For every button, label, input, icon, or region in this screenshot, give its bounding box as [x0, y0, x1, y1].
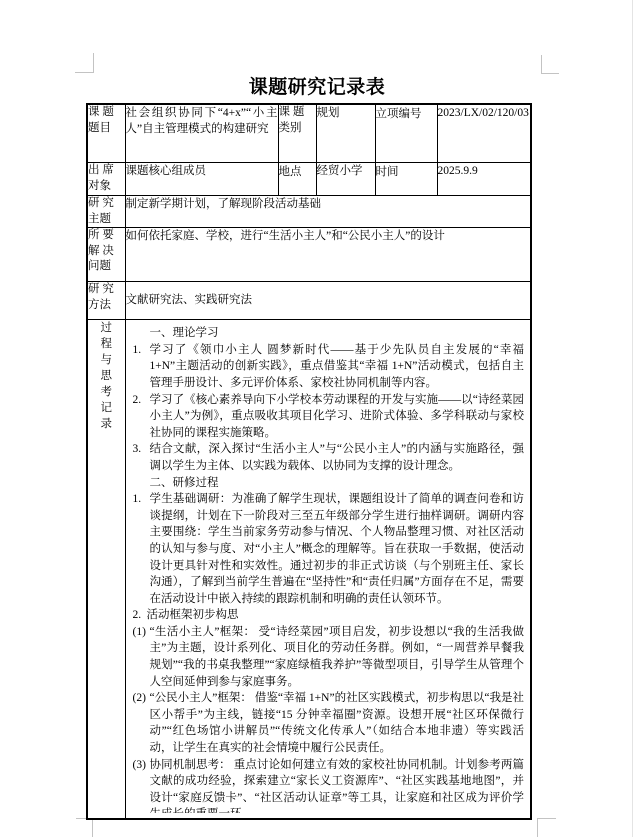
- attendees-label-cell: 出 席 对象: [87, 163, 125, 196]
- process-label-char: 过: [88, 320, 125, 336]
- table-row: 出 席 对象 课题核心组成员 地点 经贸小学 时间 2025.9.9: [87, 163, 531, 196]
- process-label-cell: 过 程 与 思 考 记 录: [87, 320, 125, 820]
- problem-label-line: 所 要: [88, 228, 125, 244]
- research-theme-label-line: 研 究: [88, 196, 125, 212]
- attendees-label-line: 出 席: [88, 163, 125, 179]
- research-theme-value: 制定新学期计划，了解现阶段活动基础: [125, 196, 531, 228]
- margin-mark-bottom-left: [76, 818, 93, 837]
- process-item-text: 协同机制思考： 重点讨论如何建立有效的家校社协同机制。计划参考两篇文献的成功经验…: [150, 759, 525, 814]
- process-item-marker: 2.: [133, 607, 142, 624]
- page-title: 课题研究记录表: [0, 72, 634, 99]
- margin-mark-top-left: [75, 53, 94, 73]
- process-label-char: 记: [88, 400, 125, 416]
- method-label-line: 研 究: [88, 282, 125, 298]
- process-section-heading: 一、理论学习: [133, 325, 525, 342]
- process-item-marker: 3.: [133, 441, 142, 458]
- process-item-text: 学习了《核心素养导向下小学校本劳动课程的开发与实施——以“诗经菜园小主人”为例》…: [150, 394, 525, 439]
- process-item-marker: (3): [133, 757, 146, 774]
- problem-label-line: 解 决: [88, 244, 125, 260]
- method-value: 文献研究法、实践研究法: [125, 282, 531, 320]
- process-content: 一、理论学习 1. 学习了《领巾小主人 圆梦新时代——基于少先队员自主发展的“幸…: [126, 320, 531, 813]
- process-item-marker: (2): [133, 690, 146, 707]
- process-item: (3) 协同机制思考： 重点讨论如何建立有效的家校社协同机制。计划参考两篇文献的…: [133, 757, 525, 814]
- process-item: 3. 结合文献，深入探讨“生活小主人”与“公民小主人”的内涵与实施路径，强调以学…: [133, 441, 525, 474]
- project-number-value: 2023/LX/02/120/03: [437, 104, 531, 163]
- process-item-text: 学生基础调研：为准确了解学生现状，课题组设计了简单的调查问卷和访谈提纲，计划在下…: [150, 493, 525, 605]
- table-row: 过 程 与 思 考 记 录 一、理论学习 1.: [87, 320, 531, 820]
- topic-category-label-cell: 课 题 类别: [278, 104, 316, 163]
- time-label: 时间: [375, 163, 437, 196]
- table-row: 所 要 解 决 问题 如何依托家庭、学校，进行“生活小主人”和“公民小主人”的设…: [87, 228, 531, 282]
- process-item-marker: 1.: [133, 491, 142, 508]
- process-item-text: 活动框架初步构思: [147, 609, 239, 621]
- process-item: 2. 学习了《核心素养导向下小学校本劳动课程的开发与实施——以“诗经菜园小主人”…: [133, 392, 525, 442]
- process-label-char: 与: [88, 352, 125, 368]
- table-row: 课 题 题目 社会组织协同下“4+x”“小主人”自主管理模式的构建研究 课 题 …: [87, 104, 531, 163]
- attendees-label-line: 对象: [88, 179, 125, 195]
- topic-title-label-line: 课 题: [88, 105, 125, 121]
- process-item-text: 一、理论学习: [150, 327, 219, 339]
- method-label-cell: 研 究 方法: [87, 282, 125, 320]
- problem-label-line: 问题: [88, 259, 125, 275]
- process-item-marker: 1.: [133, 342, 142, 359]
- process-item: 2. 活动框架初步构思: [133, 607, 525, 624]
- table-row: 研 究 方法 文献研究法、实践研究法: [87, 282, 531, 320]
- process-item-marker: (1): [133, 624, 146, 641]
- document-page: 课题研究记录表 课 题 题目 社会组织协同下“4+x”“小主人”自主管理模式的构…: [0, 0, 634, 837]
- table-row: 研 究 主题 制定新学期计划，了解现阶段活动基础: [87, 196, 531, 228]
- process-label-char: 录: [88, 416, 125, 432]
- process-item-marker: 2.: [133, 392, 142, 409]
- problem-value: 如何依托家庭、学校，进行“生活小主人”和“公民小主人”的设计: [125, 228, 531, 282]
- process-item-text: 结合文献，深入探讨“生活小主人”与“公民小主人”的内涵与实施路径，强调以学生为主…: [150, 443, 525, 472]
- topic-category-label-line: 课 题: [279, 105, 316, 121]
- record-table: 课 题 题目 社会组织协同下“4+x”“小主人”自主管理模式的构建研究 课 题 …: [86, 103, 532, 820]
- research-theme-label-line: 主题: [88, 212, 125, 228]
- margin-mark-bottom-right: [537, 818, 556, 837]
- attendees-value: 课题核心组成员: [125, 163, 278, 196]
- process-item-text: “公民小主人”框架： 借鉴“幸福 1+N”的社区实践模式，初步构思以“我是社区小…: [150, 692, 525, 754]
- page-edge-line: [632, 0, 633, 837]
- process-item-text: “生活小主人”框架： 受“诗经菜园”项目启发，初步设想以“我的生活我做主”为主题…: [150, 626, 525, 688]
- process-content-cell: 一、理论学习 1. 学习了《领巾小主人 圆梦新时代——基于少先队员自主发展的“幸…: [125, 320, 531, 820]
- project-number-label: 立项编号: [375, 104, 437, 163]
- time-value: 2025.9.9: [437, 163, 531, 196]
- topic-category-value: 规划: [316, 104, 375, 163]
- location-value: 经贸小学: [316, 163, 375, 196]
- process-item: 1. 学生基础调研：为准确了解学生现状，课题组设计了简单的调查问卷和访谈提纲，计…: [133, 491, 525, 607]
- process-label-char: 思: [88, 368, 125, 384]
- process-section-heading: 二、研修过程: [133, 475, 525, 492]
- process-item: (2) “公民小主人”框架： 借鉴“幸福 1+N”的社区实践模式，初步构思以“我…: [133, 690, 525, 756]
- method-label-line: 方法: [88, 298, 125, 314]
- location-label: 地点: [278, 163, 316, 196]
- topic-title-label-line: 题目: [88, 121, 125, 137]
- research-theme-label-cell: 研 究 主题: [87, 196, 125, 228]
- process-item-text: 二、研修过程: [150, 477, 219, 489]
- problem-label-cell: 所 要 解 决 问题: [87, 228, 125, 282]
- topic-title-value: 社会组织协同下“4+x”“小主人”自主管理模式的构建研究: [125, 104, 278, 163]
- topic-category-label-line: 类别: [279, 121, 316, 137]
- process-label-char: 程: [88, 336, 125, 352]
- topic-title-label-cell: 课 题 题目: [87, 104, 125, 163]
- process-item: (1) “生活小主人”框架： 受“诗经菜园”项目启发，初步设想以“我的生活我做主…: [133, 624, 525, 690]
- process-item: 1. 学习了《领巾小主人 圆梦新时代——基于少先队员自主发展的“幸福 1+N”主…: [133, 342, 525, 392]
- process-label-char: 考: [88, 384, 125, 400]
- process-item-text: 学习了《领巾小主人 圆梦新时代——基于少先队员自主发展的“幸福 1+N”主题活动…: [150, 344, 525, 389]
